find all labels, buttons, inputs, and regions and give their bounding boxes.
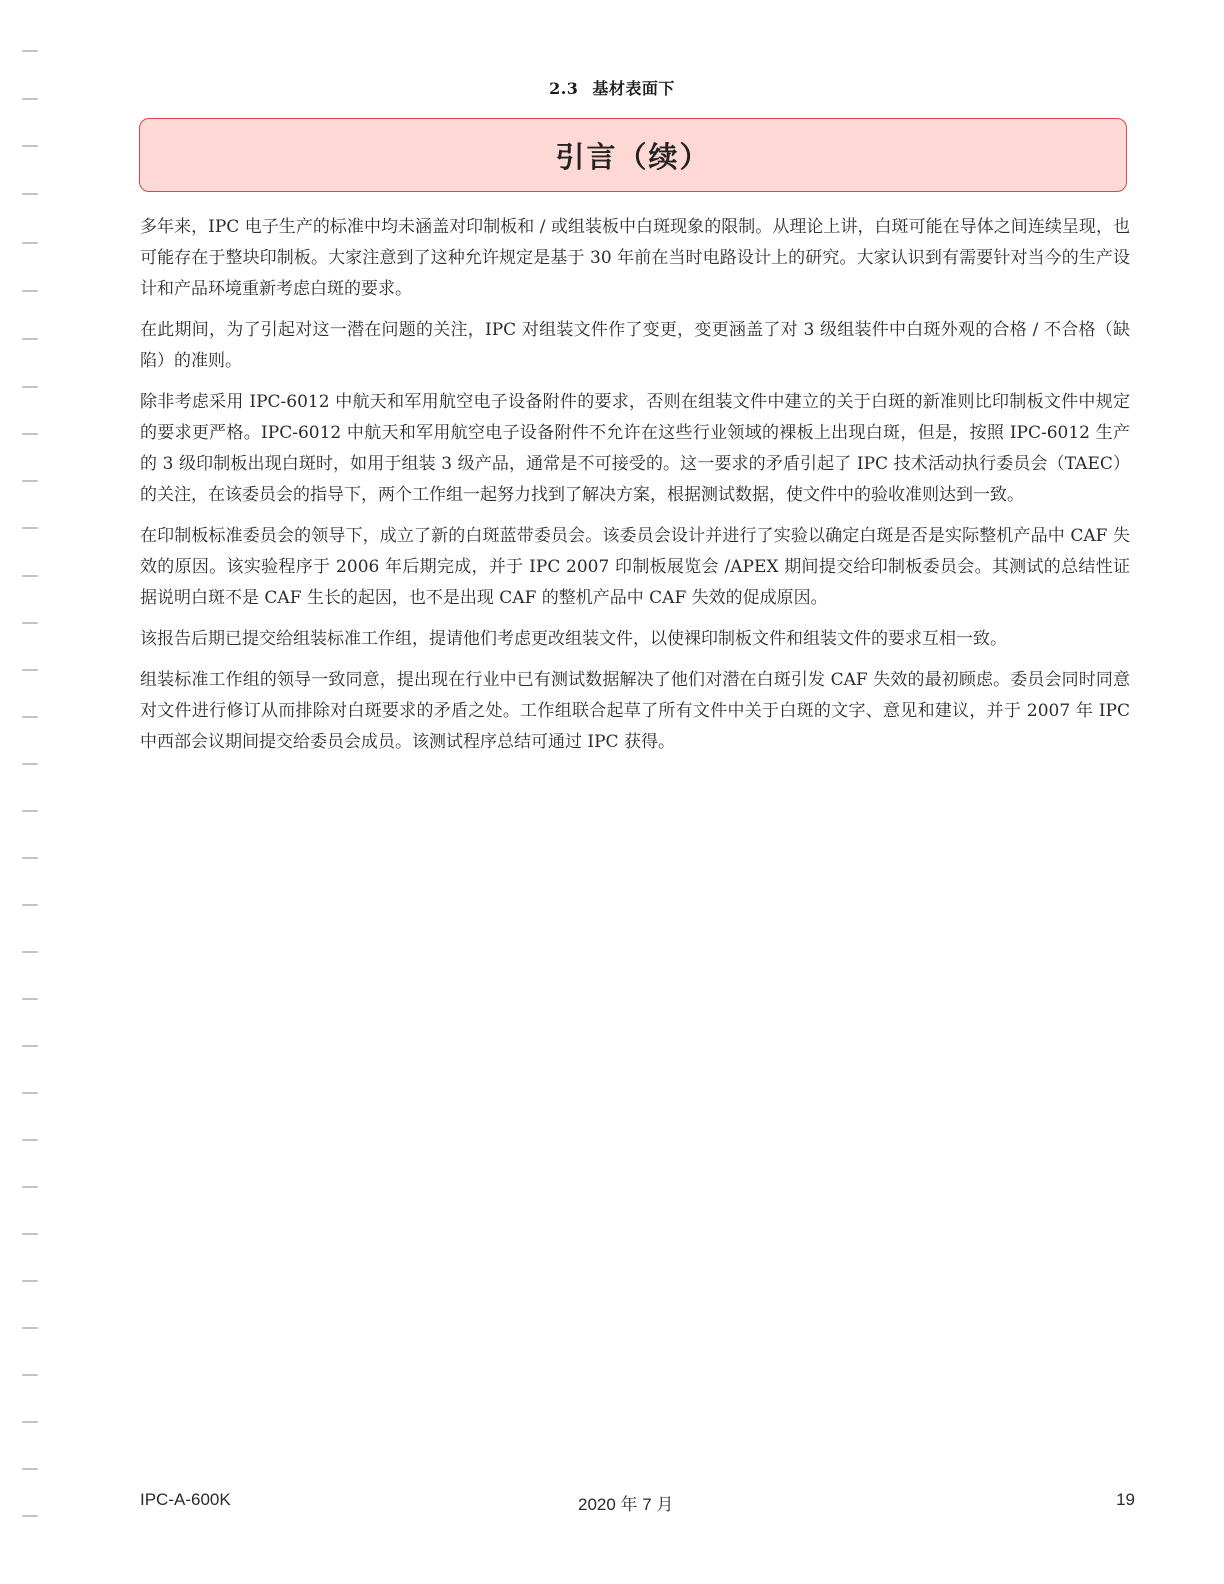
margin-mark xyxy=(22,575,38,577)
paragraph: 除非考虑采用 IPC-6012 中航天和军用航空电子设备附件的要求，否则在组装文… xyxy=(140,387,1130,511)
paragraph: 组装标准工作组的领导一致同意，提出现在行业中已有测试数据解决了他们对潜在白斑引发… xyxy=(140,665,1130,758)
margin-mark xyxy=(22,669,38,671)
publication-date: 2020 年 7 月 xyxy=(578,1490,673,1515)
margin-mark xyxy=(22,857,38,859)
margin-mark xyxy=(22,1327,38,1329)
margin-mark xyxy=(22,716,38,718)
margin-mark xyxy=(22,338,38,340)
margin-mark xyxy=(22,1139,38,1141)
margin-mark xyxy=(22,193,38,195)
paragraph: 在印制板标准委员会的领导下，成立了新的白斑蓝带委员会。该委员会设计并进行了实验以… xyxy=(140,521,1130,614)
margin-mark xyxy=(22,998,38,1000)
document-id: IPC-A-600K xyxy=(140,1490,231,1510)
margin-mark xyxy=(22,242,38,244)
margin-mark xyxy=(22,50,38,52)
margin-mark xyxy=(22,290,38,292)
margin-mark xyxy=(22,527,38,529)
paragraph: 多年来，IPC 电子生产的标准中均未涵盖对印制板和 / 或组装板中白斑现象的限制… xyxy=(140,212,1130,305)
margin-mark xyxy=(22,1045,38,1047)
body-content: 多年来，IPC 电子生产的标准中均未涵盖对印制板和 / 或组装板中白斑现象的限制… xyxy=(140,212,1130,768)
margin-mark xyxy=(22,480,38,482)
margin-mark xyxy=(22,1515,38,1517)
margin-mark xyxy=(22,763,38,765)
page-footer: IPC-A-600K 2020 年 7 月 19 xyxy=(140,1490,1135,1514)
margin-mark xyxy=(22,1186,38,1188)
section-header: 2.3基材表面下 xyxy=(0,76,1224,99)
margin-mark xyxy=(22,1468,38,1470)
page-title: 引言（续） xyxy=(555,135,710,176)
paragraph: 在此期间，为了引起对这一潜在问题的关注，IPC 对组装文件作了变更，变更涵盖了对… xyxy=(140,315,1130,377)
margin-mark xyxy=(22,1092,38,1094)
margin-mark xyxy=(22,951,38,953)
margin-mark xyxy=(22,433,38,435)
section-title: 基材表面下 xyxy=(592,79,675,98)
margin-mark xyxy=(22,1233,38,1235)
binding-margin-marks xyxy=(22,0,46,1584)
margin-mark xyxy=(22,386,38,388)
margin-mark xyxy=(22,1280,38,1282)
margin-mark xyxy=(22,622,38,624)
margin-mark xyxy=(22,904,38,906)
margin-mark xyxy=(22,810,38,812)
margin-mark xyxy=(22,145,38,147)
margin-mark xyxy=(22,1421,38,1423)
paragraph: 该报告后期已提交给组装标准工作组，提请他们考虑更改组装文件，以使裸印制板文件和组… xyxy=(140,624,1130,655)
title-banner: 引言（续） xyxy=(139,118,1127,192)
page-number: 19 xyxy=(1116,1490,1135,1510)
margin-mark xyxy=(22,1374,38,1376)
section-number: 2.3 xyxy=(549,79,578,98)
